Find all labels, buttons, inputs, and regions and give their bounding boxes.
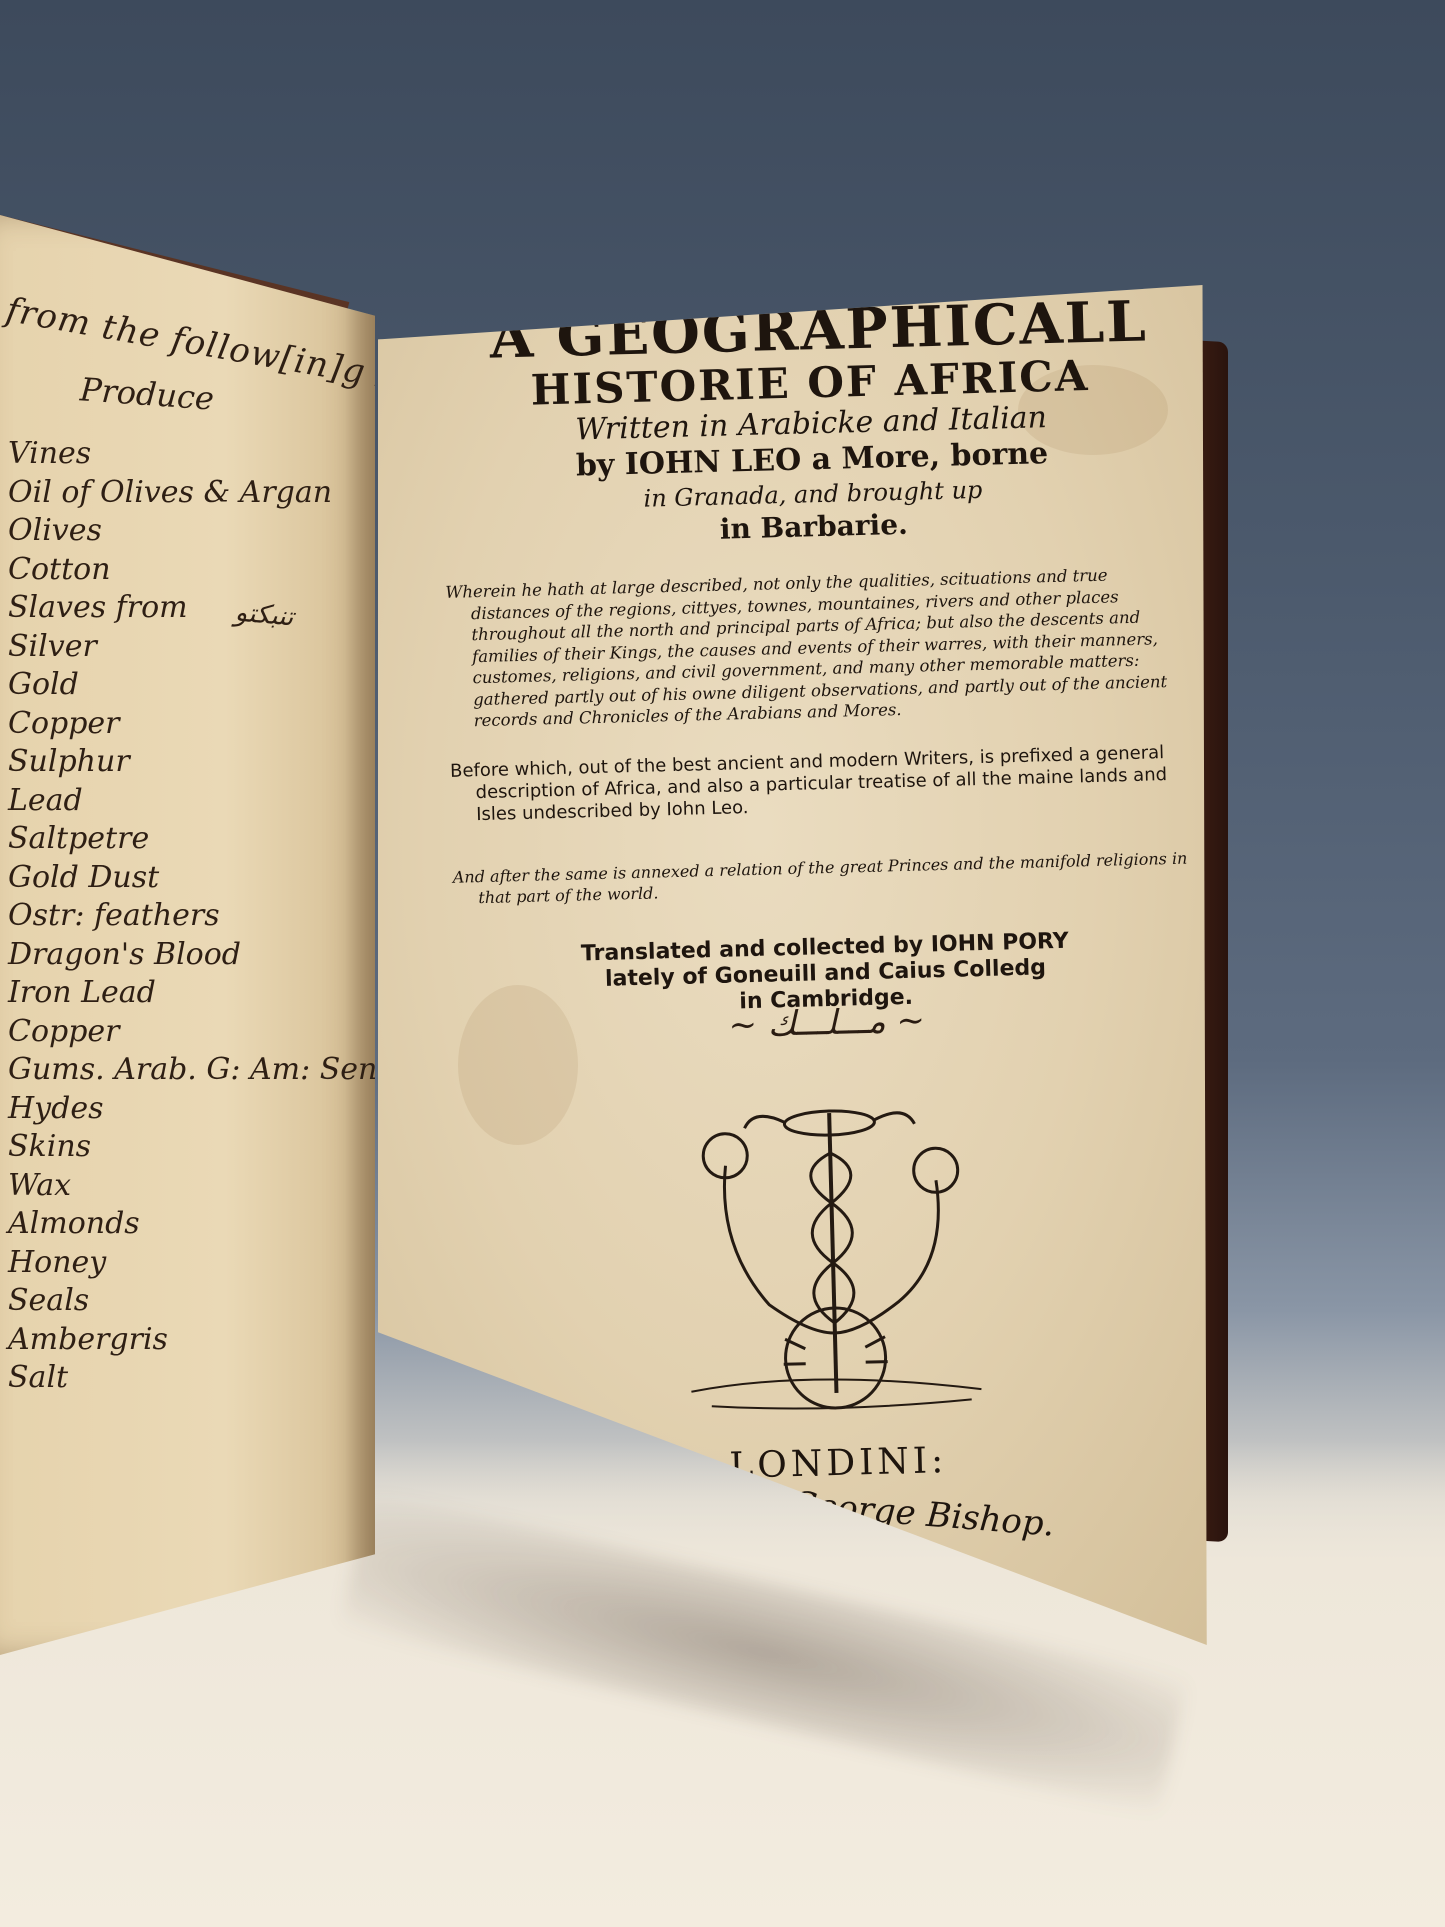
list-item: Almonds xyxy=(8,1205,387,1244)
list-item: Saltpetre xyxy=(8,820,387,859)
list-item: Sulphur xyxy=(8,743,387,782)
list-item: Slaves from xyxy=(8,589,387,628)
annex-paragraph: And after the same is annexed a relation… xyxy=(453,847,1194,909)
list-item: Silver xyxy=(8,628,387,667)
list-item: Vines xyxy=(8,435,387,474)
caduceus-woodcut-icon xyxy=(664,1088,1003,1427)
list-item: Hydes xyxy=(8,1090,387,1129)
list-item: Copper xyxy=(8,705,387,744)
list-item: Olives xyxy=(8,512,387,551)
list-item: Wax xyxy=(8,1167,387,1206)
list-item: Ostr: feathers xyxy=(8,897,387,936)
arabic-marginal-note: تنبكتو xyxy=(234,598,295,633)
list-item: Dragon's Blood xyxy=(8,936,387,975)
description-paragraph: Wherein he hath at large described, not … xyxy=(445,563,1189,733)
photo-scene: from the follow[in]g Leaf Produce Vines … xyxy=(0,0,1445,1927)
prefix-paragraph: Before which, out of the best ancient an… xyxy=(450,741,1191,826)
list-item: Honey xyxy=(8,1244,387,1283)
left-page-manuscript: from the follow[in]g Leaf Produce Vines … xyxy=(0,215,375,1655)
list-item: Cotton xyxy=(8,551,387,590)
list-item: Gold Dust xyxy=(8,859,387,898)
list-item: Iron Lead xyxy=(8,974,387,1013)
list-item: Lead xyxy=(8,782,387,821)
list-item: Seals xyxy=(8,1282,387,1321)
list-item: Ambergris xyxy=(8,1321,387,1360)
manuscript-subheading: Produce xyxy=(79,370,215,417)
produce-list: Vines Oil of Olives & Argan Olives Cotto… xyxy=(8,435,387,1398)
list-item: Gold xyxy=(8,666,387,705)
list-item: Oil of Olives & Argan xyxy=(8,474,387,513)
list-item: Skins xyxy=(8,1128,387,1167)
list-item: Copper xyxy=(8,1013,387,1052)
title-page-content: A GEOGRAPHICALL HISTORIE OF AFRICA Writt… xyxy=(438,291,1211,1578)
list-item: Gums. Arab. G: Am: Sen: xyxy=(8,1051,387,1090)
list-item: Salt xyxy=(8,1359,387,1398)
